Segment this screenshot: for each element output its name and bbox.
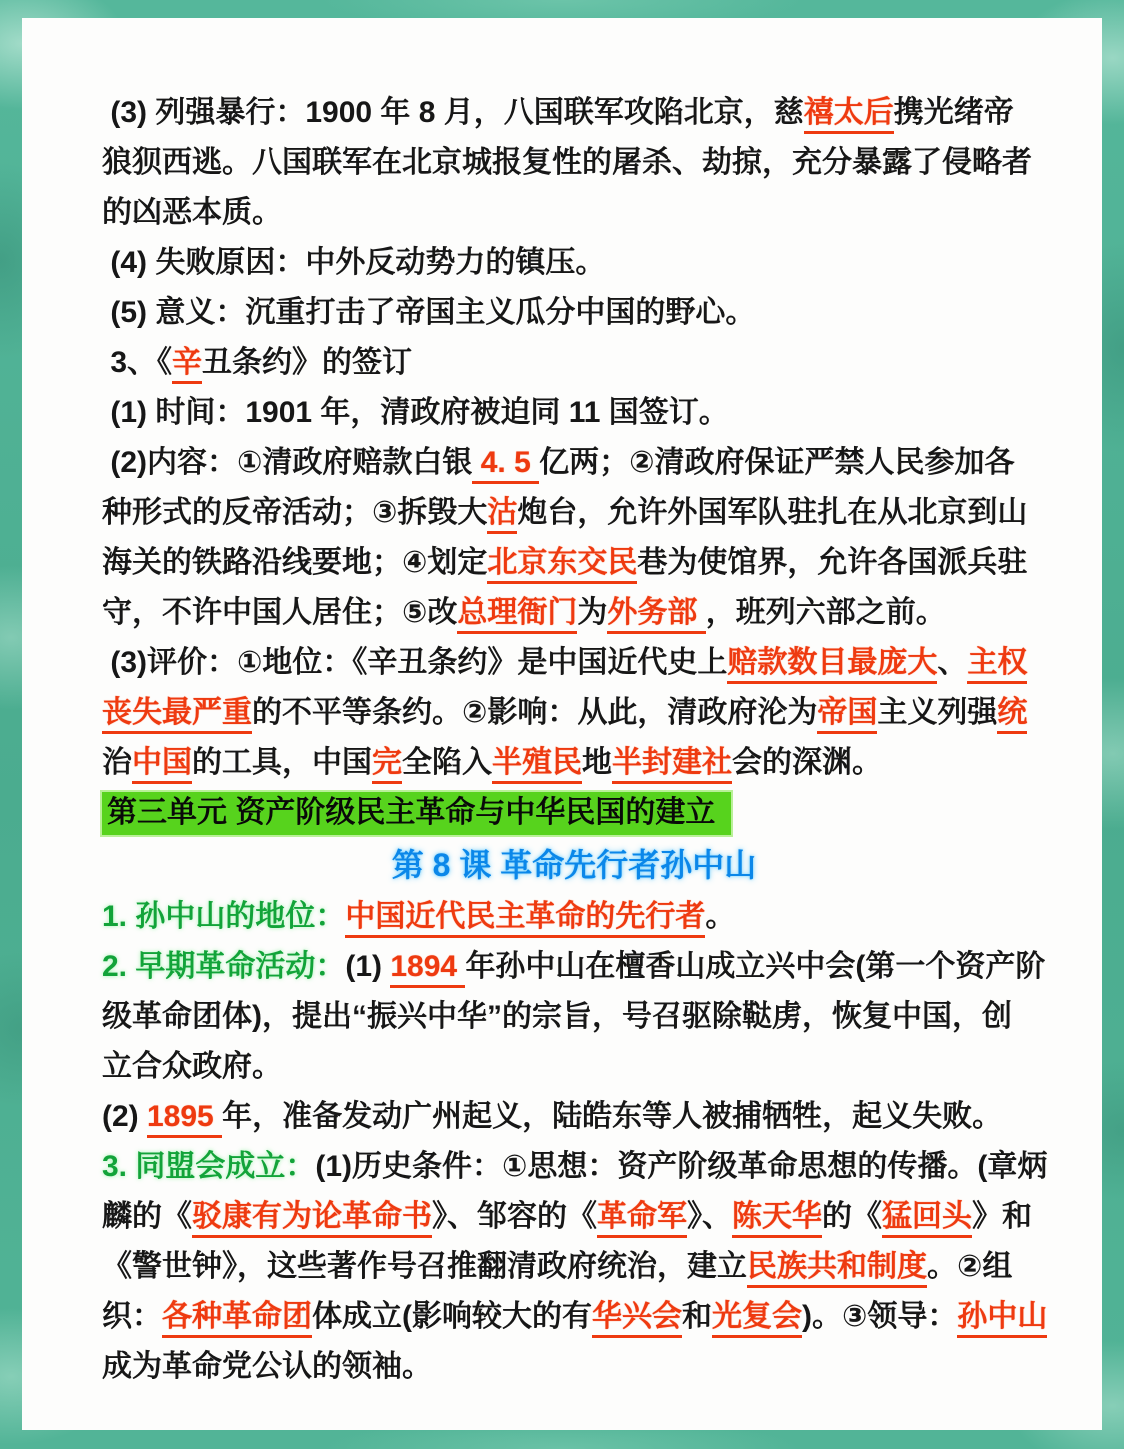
body-text-segment: 狼狈西逃。八国联军在北京城报复性的屠杀、劫掠，充分暴露了侵略者 [102, 146, 1032, 179]
body-text-segment: (4) 失败原因：中外反动势力的镇压。 [102, 246, 605, 279]
key-term-red-underline: 统 [997, 696, 1027, 734]
text-line: 立合众政府。 [102, 1042, 1046, 1092]
body-text-segment: (3)评价：①地位：《辛丑条约》是中国近代史上 [102, 646, 727, 679]
body-text-segment: 的《 [822, 1200, 882, 1233]
document-content: (3) 列强暴行：1900 年 8 月，八国联军攻陷北京，慈禧太后携光绪帝狼狈西… [102, 88, 1046, 1392]
key-term-red-underline: 帝国 [817, 696, 877, 734]
lesson-title-text: 第 8 课 革命先行者孙中山 [392, 847, 756, 883]
key-term-red-underline: 主权 [967, 646, 1027, 684]
key-term-red-underline: 孙中山 [957, 1300, 1047, 1338]
text-line: 2. 早期革命活动：(1) 1894 年孙中山在檀香山成立兴中会(第一个资产阶 [102, 942, 1046, 992]
body-text-segment: (1) 时间：1901 年，清政府被迫同 11 国签订。 [102, 396, 729, 429]
body-text-segment: 体成立(影响较大的有 [312, 1300, 592, 1333]
body-text-segment: 海关的铁路沿线要地；④划定 [102, 546, 487, 579]
body-text-segment: 携光绪帝 [894, 96, 1014, 129]
body-text-segment: 级革命团体)，提出“振兴中华”的宗旨，号召驱除鞑虏，恢复中国，创 [102, 1000, 1012, 1033]
body-text-segment: 年孙中山在檀香山成立兴中会(第一个资产阶 [465, 950, 1045, 983]
text-line: 成为革命党公认的领袖。 [102, 1342, 1046, 1392]
body-text-segment: 的工具，中国 [192, 746, 372, 779]
body-text-segment: 》和 [972, 1200, 1032, 1233]
body-text-segment: 》、邹容的《 [432, 1200, 597, 1233]
key-term-red-underline: 丧失最严重 [102, 696, 252, 734]
green-heading-segment: 2. 早期革命活动： [102, 950, 345, 983]
text-line: (1) 时间：1901 年，清政府被迫同 11 国签订。 [102, 388, 1046, 438]
body-text-segment: 主义列强 [877, 696, 997, 729]
body-text-segment: )。③领导： [802, 1300, 957, 1333]
body-text-segment: 炮台，允许外国军队驻扎在从北京到山 [517, 496, 1027, 529]
green-heading-segment: 3. 同盟会成立： [102, 1150, 315, 1183]
key-term-red-underline: 猛回头 [882, 1200, 972, 1238]
key-term-red-underline: 各种革命团 [162, 1300, 312, 1338]
key-term-red-underline: 中国近代民主革命的先行者 [345, 900, 705, 938]
key-term-red-underline: 1895 [147, 1100, 222, 1138]
key-term-red-underline: 半殖民 [492, 746, 582, 784]
key-term-red-underline: 沽 [487, 496, 517, 534]
text-line: 麟的《驳康有为论革命书》、邹容的《革命军》、陈天华的《猛回头》和 [102, 1192, 1046, 1242]
text-line: 《警世钟》，这些著作号召推翻清政府统治，建立民族共和制度。②组 [102, 1242, 1046, 1292]
body-text-segment: 的不平等条约。②影响：从此，清政府沦为 [252, 696, 817, 729]
body-text-segment: 种形式的反帝活动；③拆毁大 [102, 496, 487, 529]
body-text-segment: 。 [705, 900, 735, 933]
body-text-segment: 。②组 [927, 1250, 1012, 1283]
body-text-segment: 织： [102, 1300, 162, 1333]
key-term-red-underline: 革命军 [597, 1200, 687, 1238]
text-line: (3) 列强暴行：1900 年 8 月，八国联军攻陷北京，慈禧太后携光绪帝 [102, 88, 1046, 138]
text-line: 3. 同盟会成立：(1)历史条件：①思想：资产阶级革命思想的传播。(章炳 [102, 1142, 1046, 1192]
key-term-red-underline: 总理衙门 [457, 596, 577, 634]
document-page: (3) 列强暴行：1900 年 8 月，八国联军攻陷北京，慈禧太后携光绪帝狼狈西… [22, 18, 1102, 1430]
body-text-segment: (2) [102, 1100, 147, 1133]
text-line: (4) 失败原因：中外反动势力的镇压。 [102, 238, 1046, 288]
key-term-red-underline: 驳康有为论革命书 [192, 1200, 432, 1238]
green-heading-segment: 1. 孙中山的地位： [102, 900, 345, 933]
key-term-red-underline: 禧太后 [804, 96, 894, 134]
text-line: 级革命团体)，提出“振兴中华”的宗旨，号召驱除鞑虏，恢复中国，创 [102, 992, 1046, 1042]
body-text-segment: ，班列六部之前。 [706, 596, 946, 629]
body-text-segment: 的凶恶本质。 [102, 196, 282, 229]
key-term-red-underline: 1894 [390, 950, 465, 988]
body-text-segment: (1) [345, 950, 390, 983]
text-line: 狼狈西逃。八国联军在北京城报复性的屠杀、劫掠，充分暴露了侵略者 [102, 138, 1046, 188]
body-text-segment: 》、 [687, 1200, 732, 1233]
body-text-segment: 《警世钟》，这些著作号召推翻清政府统治，建立 [102, 1250, 747, 1283]
text-line: (2) 1895 年，准备发动广州起义，陆皓东等人被捕牺牲，起义失败。 [102, 1092, 1046, 1142]
text-line: 织：各种革命团体成立(影响较大的有华兴会和光复会)。③领导：孙中山 [102, 1292, 1046, 1342]
body-text-segment: 丑条约》的签订 [202, 346, 412, 379]
unit-header-line: 第三单元 资产阶级民主革命与中华民国的建立 [102, 788, 1046, 838]
unit-header-highlight: 第三单元 资产阶级民主革命与中华民国的建立 [102, 792, 731, 835]
text-line: 丧失最严重的不平等条约。②影响：从此，清政府沦为帝国主义列强统 [102, 688, 1046, 738]
text-line: 1. 孙中山的地位：中国近代民主革命的先行者。 [102, 892, 1046, 942]
body-text-segment: 成为革命党公认的领袖。 [102, 1350, 432, 1383]
body-text-segment: 为 [577, 596, 607, 629]
body-text-segment: 地 [582, 746, 612, 779]
key-term-red-underline: 民族共和制度 [747, 1250, 927, 1288]
body-text-segment: 巷为使馆界，允许各国派兵驻 [637, 546, 1027, 579]
body-text-segment: 立合众政府。 [102, 1050, 282, 1083]
key-term-red-underline: 陈天华 [732, 1200, 822, 1238]
text-line: (5) 意义：沉重打击了帝国主义瓜分中国的野心。 [102, 288, 1046, 338]
body-text-segment: (1)历史条件：①思想：资产阶级革命思想的传播。(章炳 [315, 1150, 1047, 1183]
body-text-segment: 会的深渊。 [732, 746, 882, 779]
body-text-segment: 亿两；②清政府保证严禁人民参加各 [539, 446, 1014, 479]
body-text-segment: 、 [937, 646, 967, 679]
key-term-red-underline: 完 [372, 746, 402, 784]
text-line: 守，不许中国人居住；⑤改总理衙门为外务部 ，班列六部之前。 [102, 588, 1046, 638]
key-term-red-underline: 中国 [132, 746, 192, 784]
text-line: 的凶恶本质。 [102, 188, 1046, 238]
key-term-red-underline: 北京东交民 [487, 546, 637, 584]
body-text-segment: (3) 列强暴行：1900 年 8 月，八国联军攻陷北京，慈 [102, 96, 804, 129]
body-text-segment: 和 [682, 1300, 712, 1333]
body-text-segment: (2)内容：①清政府赔款白银 [102, 446, 472, 479]
body-text-segment: 全陷入 [402, 746, 492, 779]
text-line: 海关的铁路沿线要地；④划定北京东交民巷为使馆界，允许各国派兵驻 [102, 538, 1046, 588]
body-text-segment: 年，准备发动广州起义，陆皓东等人被捕牺牲，起义失败。 [222, 1100, 1002, 1133]
key-term-red-underline: 外务部 [607, 596, 705, 634]
key-term-red-underline: 光复会 [712, 1300, 802, 1338]
key-term-red-underline: 辛 [172, 346, 202, 384]
body-text-segment: 治 [102, 746, 132, 779]
key-term-red-underline: 4. 5 [472, 446, 539, 484]
text-line: 种形式的反帝活动；③拆毁大沽炮台，允许外国军队驻扎在从北京到山 [102, 488, 1046, 538]
text-line: (2)内容：①清政府赔款白银 4. 5 亿两；②清政府保证严禁人民参加各 [102, 438, 1046, 488]
body-text-segment: (5) 意义：沉重打击了帝国主义瓜分中国的野心。 [102, 296, 755, 329]
body-text-segment: 守，不许中国人居住；⑤改 [102, 596, 457, 629]
text-line: 3、《辛丑条约》的签订 [102, 338, 1046, 388]
text-line: 治中国的工具，中国完全陷入半殖民地半封建社会的深渊。 [102, 738, 1046, 788]
key-term-red-underline: 半封建社 [612, 746, 732, 784]
text-line: (3)评价：①地位：《辛丑条约》是中国近代史上赔款数目最庞大、主权 [102, 638, 1046, 688]
key-term-red-underline: 赔款数目最庞大 [727, 646, 937, 684]
lesson-title-line: 第 8 课 革命先行者孙中山 [102, 838, 1046, 892]
leafy-border-background: (3) 列强暴行：1900 年 8 月，八国联军攻陷北京，慈禧太后携光绪帝狼狈西… [0, 0, 1124, 1449]
body-text-segment: 麟的《 [102, 1200, 192, 1233]
key-term-red-underline: 华兴会 [592, 1300, 682, 1338]
body-text-segment: 3、《 [102, 346, 172, 379]
